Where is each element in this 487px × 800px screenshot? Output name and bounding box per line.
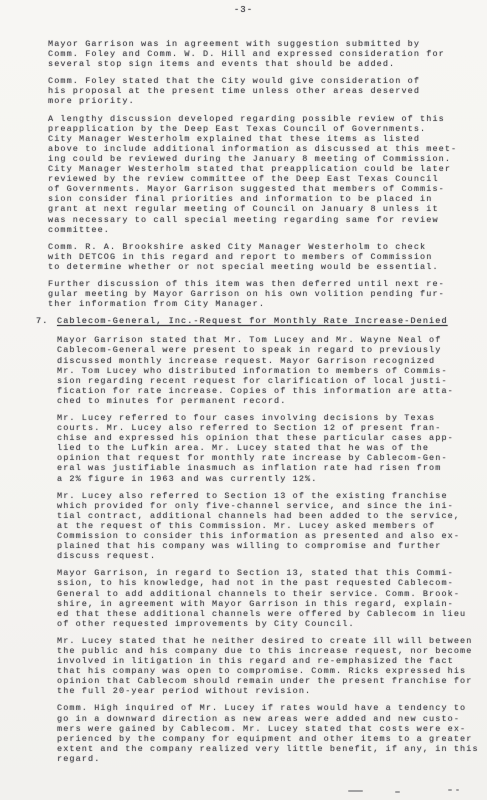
paragraph-line: involved in litigation in this regard an… (57, 656, 487, 666)
scan-speck (348, 790, 363, 792)
paragraph-line: Comm. High inquired of Mr. Lucey if rate… (57, 703, 487, 713)
paragraph-line: Mr. Lucey stated that he neither desired… (57, 636, 487, 646)
paragraph-line: at the request of this Commission. Mr. L… (57, 521, 487, 531)
paragraph: Mayor Garrison stated that Mr. Tom Lucey… (57, 335, 487, 406)
paragraph-line: was necessary to call special meeting re… (48, 215, 487, 225)
paragraph-line: his proposal at the present time unless … (48, 86, 487, 96)
paragraph-line: Mayor Garrison was in agreement with sug… (48, 39, 487, 49)
paragraph-line: courts. Mr. Lucey also referred to Secti… (57, 423, 487, 433)
paragraph-line: the public and his company due to this i… (57, 646, 487, 656)
paragraph-line: ing could be reviewed during the January… (48, 154, 487, 164)
paragraph-line: gular meeting by Mayor Garrison on his o… (48, 289, 487, 299)
paragraph-line: above to include additional information … (48, 144, 487, 154)
paragraph-line: discussed monthly increase request. Mayo… (57, 356, 487, 366)
paragraph-line: Further discussion of this item was then… (48, 279, 487, 289)
paragraph-line: ssion, to his knowledge, had not in the … (57, 578, 487, 588)
paragraph-line: Mr. Lucey also referred to Section 13 of… (57, 491, 487, 501)
paragraph: Further discussion of this item was then… (48, 279, 487, 309)
paragraph-line: Comm. Foley stated that the City would g… (48, 76, 487, 86)
paragraph-line: City Manager Westerholm stated that prea… (48, 164, 487, 174)
paragraph-line: Mayor Garrison, in regard to Section 13,… (57, 568, 487, 578)
paragraph-line: several stop sign items and events that … (48, 59, 487, 69)
paragraph-line: reviewed by the review committee of the … (48, 174, 487, 184)
paragraph-line: with DETCOG in this regard and report to… (48, 252, 487, 262)
paragraph-line: committee. (48, 225, 487, 235)
item-heading-title: Cablecom-General, Inc.-Request for Month… (57, 316, 448, 326)
scanned-page: -3- Mayor Garrison was in agreement with… (0, 0, 487, 800)
paragraph-line: plained that his company was willing to … (57, 541, 487, 551)
paragraph-line: City Manager Westerholm explained that t… (48, 134, 487, 144)
scan-speck (456, 789, 459, 791)
paragraph-line: opinion that Cablecom should remain unde… (57, 676, 487, 686)
page-number: -3- (0, 5, 487, 15)
paragraph-line: mers were gained by Cablecom. Mr. Lucey … (57, 724, 487, 734)
paragraph-line: shire, in agreement with Mayor Garrison … (57, 599, 487, 609)
paragraph-line: more priority. (48, 96, 487, 106)
paragraph-line: discuss request. (57, 551, 487, 561)
paragraph: Mr. Lucey referred to four cases involvi… (57, 413, 487, 484)
document-body: Mayor Garrison was in agreement with sug… (0, 39, 487, 771)
item-number: 7. (36, 316, 57, 326)
scan-speck (448, 789, 452, 791)
paragraph-line: sion consider final priorities and infor… (48, 194, 487, 204)
paragraph-line: Commission to consider this information … (57, 531, 487, 541)
paragraph-line: General to add additional channels to th… (57, 589, 487, 599)
paragraph-line: ther information from City Manager. (48, 299, 487, 309)
paragraph-line: Comm. R. A. Brookshire asked City Manage… (48, 242, 487, 252)
paragraph-line: Mayor Garrison stated that Mr. Tom Lucey… (57, 335, 487, 345)
numbered-item-heading: 7.Cablecom-General, Inc.-Request for Mon… (36, 316, 487, 326)
paragraph: Mr. Lucey also referred to Section 13 of… (57, 491, 487, 562)
paragraph-line: Mr. Tom Lucey who distributed informatio… (57, 366, 487, 376)
paragraph-line: ed that these additional channels were o… (57, 609, 487, 619)
paragraph-line: that his company was open to compromise.… (57, 666, 487, 676)
paragraph: Comm. Foley stated that the City would g… (48, 76, 487, 106)
paragraph-line: tial contract, additional channels had b… (57, 511, 487, 521)
paragraph-line: extent and the company realized very lit… (57, 744, 487, 754)
paragraph-line: Cablecom-General were present to speak i… (57, 345, 487, 355)
paragraph-line: regard. (57, 754, 487, 764)
paragraph-line: to determine whether or not special meet… (48, 262, 487, 272)
paragraph-line: eral was justifiable inasmuch as inflati… (57, 463, 487, 473)
paragraph-line: fication for rate increase. Copies of th… (57, 386, 487, 396)
paragraph-line: of other requested improvements by City … (57, 619, 487, 629)
paragraph-line: a 2% figure in 1963 and was currently 12… (57, 474, 487, 484)
paragraph-line: ched to minutes for permanent record. (57, 396, 487, 406)
paragraph-line: A lengthy discussion developed regarding… (48, 114, 487, 124)
paragraph: Comm. R. A. Brookshire asked City Manage… (48, 242, 487, 272)
paragraph: A lengthy discussion developed regarding… (48, 114, 487, 235)
paragraph-line: lied to the Lufkin area. Mr. Lucey state… (57, 443, 487, 453)
paragraph-line: sion regarding recent request for clarif… (57, 376, 487, 386)
paragraph-line: which provided for only five-channel ser… (57, 501, 487, 511)
paragraph: Mayor Garrison, in regard to Section 13,… (57, 568, 487, 629)
paragraph-line: the full 20-year period without revision… (57, 686, 487, 696)
paragraph-line: perienced by the company for equipment a… (57, 734, 487, 744)
paragraph-line: go in a downward direction as new areas … (57, 714, 487, 724)
paragraph-line: of Governments. Mayor Garrison suggested… (48, 184, 487, 194)
paragraph: Mayor Garrison was in agreement with sug… (48, 39, 487, 69)
scan-speck (395, 791, 400, 793)
paragraph-line: Comm. Foley and Comm. W. D. Hill and exp… (48, 49, 487, 59)
paragraph-line: grant at next regular meeting of Council… (48, 204, 487, 214)
paragraph-line: opinion that request for monthly rate in… (57, 453, 487, 463)
paragraph-line: preapplication by the Deep East Texas Co… (48, 124, 487, 134)
paragraph: Mr. Lucey stated that he neither desired… (57, 636, 487, 697)
paragraph: Comm. High inquired of Mr. Lucey if rate… (57, 703, 487, 764)
paragraph-line: Mr. Lucey referred to four cases involvi… (57, 413, 487, 423)
paragraph-line: chise and expressed his opinion that the… (57, 433, 487, 443)
